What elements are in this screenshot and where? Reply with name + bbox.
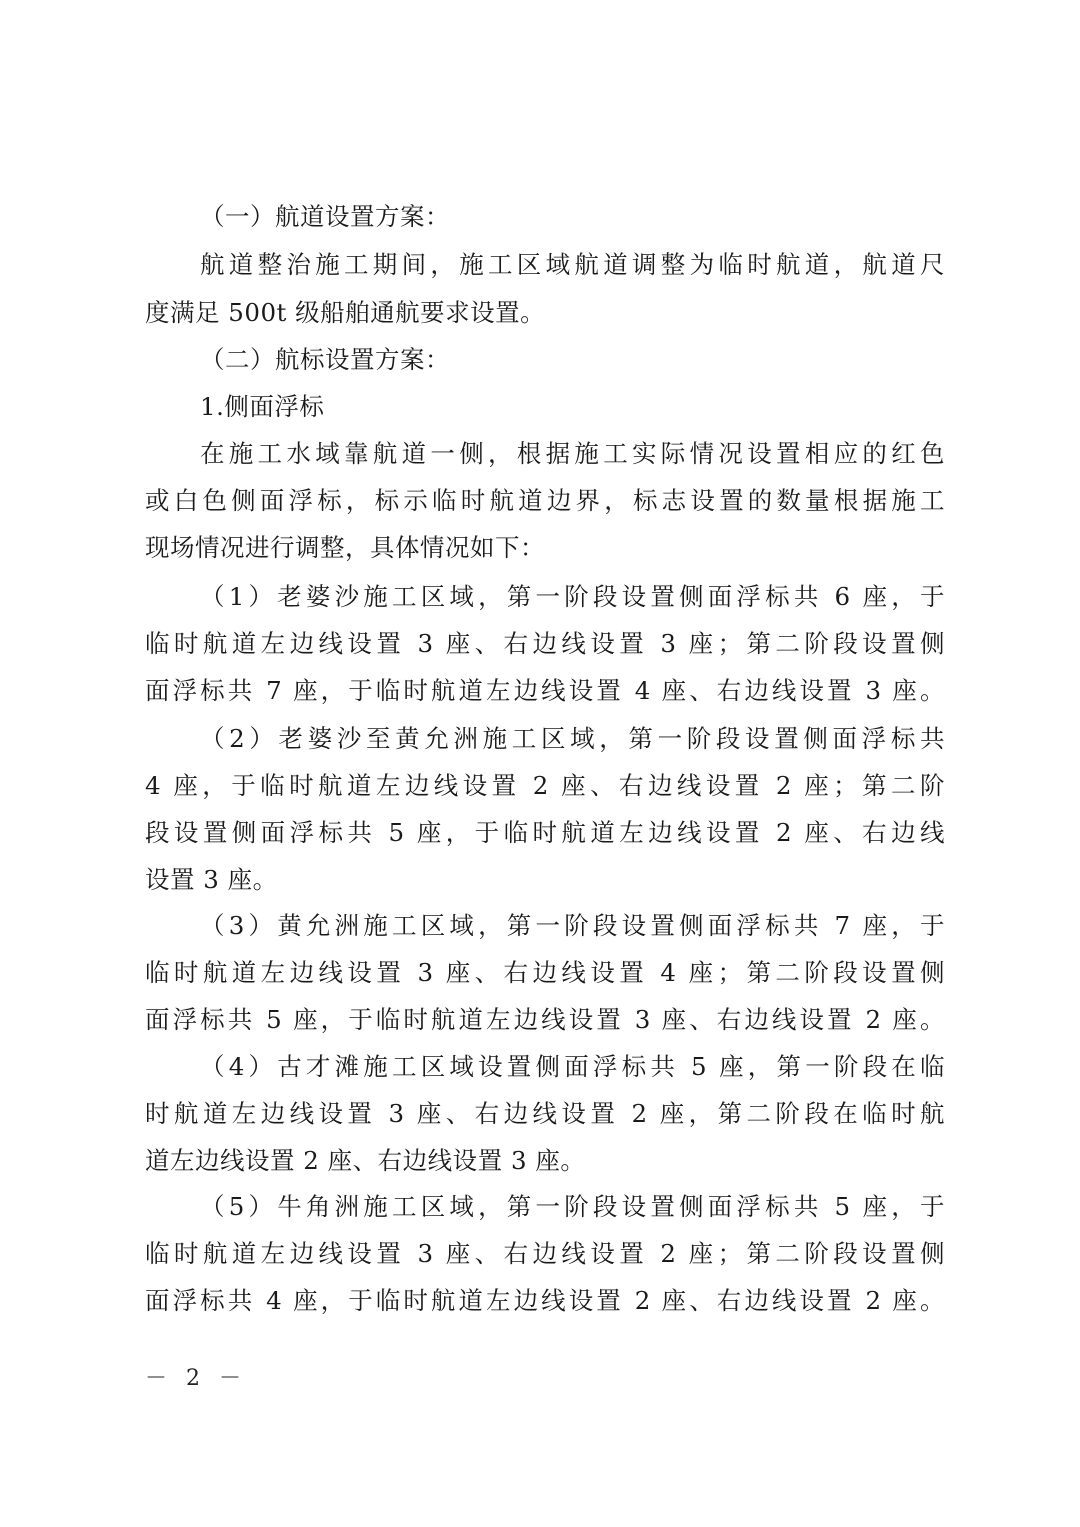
paragraph-line: 或白色侧面浮标，标示临时航道边界，标志设置的数量根据施工	[145, 481, 945, 521]
list-item-1-line: 面浮标共 7 座，于临时航道左边线设置 4 座、右边线设置 3 座。	[145, 671, 945, 711]
list-item-2-line: （2）老婆沙至黄允洲施工区域，第一阶段设置侧面浮标共	[200, 719, 945, 759]
list-item-1-line: （1）老婆沙施工区域，第一阶段设置侧面浮标共 6 座，于	[200, 577, 945, 617]
subheading-side-buoy: 1.侧面浮标	[200, 387, 945, 427]
list-item-2-line: 4 座，于临时航道左边线设置 2 座、右边线设置 2 座；第二阶	[145, 766, 945, 806]
paragraph-line: 度满足 500t 级船舶通航要求设置。	[145, 293, 945, 333]
list-item-3-line: 面浮标共 5 座，于临时航道左边线设置 3 座、右边线设置 2 座。	[145, 1000, 945, 1040]
list-item-2-line: 段设置侧面浮标共 5 座，于临时航道左边线设置 2 座、右边线	[145, 813, 945, 853]
list-item-1-line: 临时航道左边线设置 3 座、右边线设置 3 座；第二阶段设置侧	[145, 624, 945, 664]
paragraph-line: 在施工水域靠航道一侧，根据施工实际情况设置相应的红色	[200, 434, 945, 474]
list-item-5-line: 临时航道左边线设置 3 座、右边线设置 2 座；第二阶段设置侧	[145, 1234, 945, 1274]
section-heading-buoy-plan: （二）航标设置方案：	[200, 340, 945, 380]
section-heading-channel-plan: （一）航道设置方案：	[200, 197, 945, 237]
page-number: － 2 －	[145, 1364, 247, 1394]
paragraph-line: 航道整治施工期间，施工区域航道调整为临时航道，航道尺	[200, 245, 945, 285]
list-item-4-line: （4）古才滩施工区域设置侧面浮标共 5 座，第一阶段在临	[200, 1047, 945, 1087]
document-page: （一）航道设置方案： 航道整治施工期间，施工区域航道调整为临时航道，航道尺 度满…	[0, 0, 1080, 1527]
paragraph-line: 现场情况进行调整，具体情况如下：	[145, 528, 945, 568]
list-item-4-line: 道左边线设置 2 座、右边线设置 3 座。	[145, 1141, 945, 1181]
list-item-3-line: 临时航道左边线设置 3 座、右边线设置 4 座；第二阶段设置侧	[145, 953, 945, 993]
list-item-4-line: 时航道左边线设置 3 座、右边线设置 2 座，第二阶段在临时航	[145, 1094, 945, 1134]
list-item-2-line: 设置 3 座。	[145, 860, 945, 900]
list-item-5-line: 面浮标共 4 座，于临时航道左边线设置 2 座、右边线设置 2 座。	[145, 1281, 945, 1321]
list-item-5-line: （5）牛角洲施工区域，第一阶段设置侧面浮标共 5 座，于	[200, 1187, 945, 1227]
list-item-3-line: （3）黄允洲施工区域，第一阶段设置侧面浮标共 7 座，于	[200, 906, 945, 946]
